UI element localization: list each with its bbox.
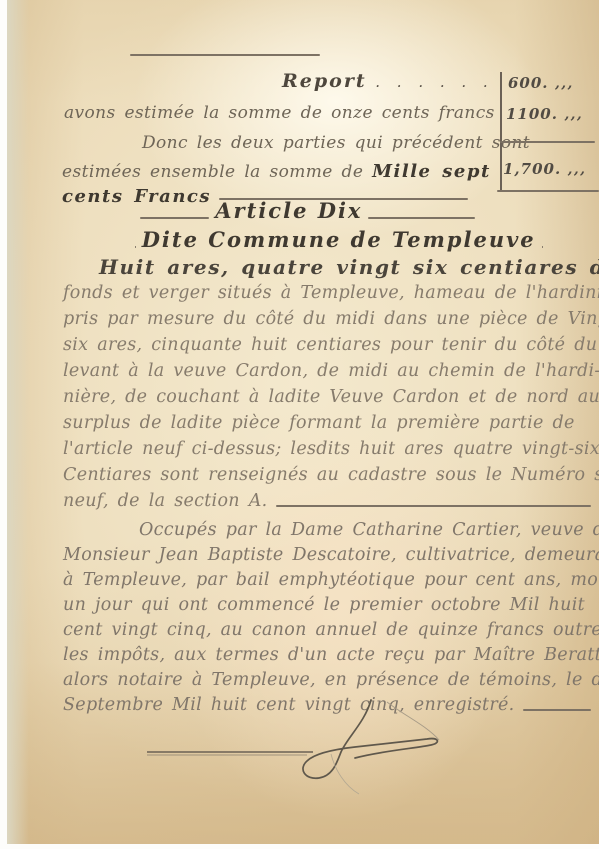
total-line: estimées ensemble la somme de Mille sept <box>62 161 491 182</box>
dot-leaders: . . . . . . <box>375 73 493 91</box>
amount-onze-cents: 1100. ‚‚‚ <box>506 105 583 123</box>
ledger-vertical-rule <box>500 72 502 192</box>
amount-report: 600. ‚‚‚ <box>508 74 573 92</box>
total-line-bold: Mille sept <box>372 161 491 182</box>
article-heading-left-rule <box>140 217 209 219</box>
paragraph-line: un jour qui ont commencé le premier octo… <box>63 593 593 618</box>
paragraph-line: Centiares sont renseignés au cadastre so… <box>63 462 593 488</box>
ledger-total-rule <box>497 190 599 192</box>
paragraph-line: surplus de ladite pièce formant la premi… <box>63 410 593 436</box>
commune-heading: Dite Commune de Templeuve <box>135 229 543 250</box>
report-label: Report . . . . . . <box>282 70 494 92</box>
registered-tail-rule <box>523 709 591 711</box>
paragraph-line: Huit ares, quatre vingt six centiares de <box>63 254 593 280</box>
signature-flourish <box>135 698 465 803</box>
photo-edge-bottom <box>0 844 599 849</box>
previous-entry-rule <box>130 54 320 56</box>
paragraph-line: levant à la veuve Cardon, de midi au che… <box>63 358 593 384</box>
article-heading: Article Dix <box>140 200 475 221</box>
paragraph-line: Occupés par la Dame Catharine Cartier, v… <box>63 518 593 543</box>
article-heading-text: Article Dix <box>209 200 368 221</box>
paragraph-line: à Templeuve, par bail emphytéotique pour… <box>63 568 593 593</box>
paragraph-line: pris par mesure du côté du midi dans une… <box>63 306 593 332</box>
paragraph-line: nière, de couchant à ladite Veuve Cardon… <box>63 384 593 410</box>
paragraph-line: l'article neuf ci-dessus; lesdits huit a… <box>63 436 593 462</box>
paragraph-line: alors notaire à Templeuve, en présence d… <box>63 668 593 693</box>
photo-edge-left <box>0 0 7 849</box>
section-tail-rule <box>276 505 591 507</box>
ledger-subtotal-rule <box>500 141 595 143</box>
estimation-line: avons estimée la somme de onze cents fra… <box>64 103 495 123</box>
report-word: Report <box>282 70 367 92</box>
article-heading-right-rule <box>368 217 475 219</box>
lease-paragraph: Occupés par la Dame Catharine Cartier, v… <box>63 518 593 718</box>
amount-total: 1,700. ‚‚‚ <box>503 160 586 178</box>
paragraph-line: six ares, cinquante huit centiares pour … <box>63 332 593 358</box>
total-line-normal: estimées ensemble la somme de <box>62 162 372 182</box>
paragraph-line: neuf, de la section A. <box>63 488 593 514</box>
paragraph-line: Monsieur Jean Baptiste Descatoire, culti… <box>63 543 593 568</box>
scanned-document-page: Report . . . . . . 600. ‚‚‚ avons estimé… <box>0 0 599 849</box>
total-intro-line: Donc les deux parties qui précédent sont <box>142 133 530 153</box>
paragraph-line: les impôts, aux termes d'un acte reçu pa… <box>63 643 593 668</box>
commune-heading-right-rule <box>542 246 543 248</box>
signature-area <box>135 698 465 803</box>
section-line-text: neuf, de la section A. <box>63 488 268 514</box>
commune-heading-text: Dite Commune de Templeuve <box>136 229 542 250</box>
page-gutter-shadow <box>7 0 29 849</box>
parcel-description-paragraph: Huit ares, quatre vingt six centiares de… <box>63 254 593 514</box>
paragraph-line: cent vingt cinq, au canon annuel de quin… <box>63 618 593 643</box>
paragraph-line: fonds et verger situés à Templeuve, hame… <box>63 280 593 306</box>
